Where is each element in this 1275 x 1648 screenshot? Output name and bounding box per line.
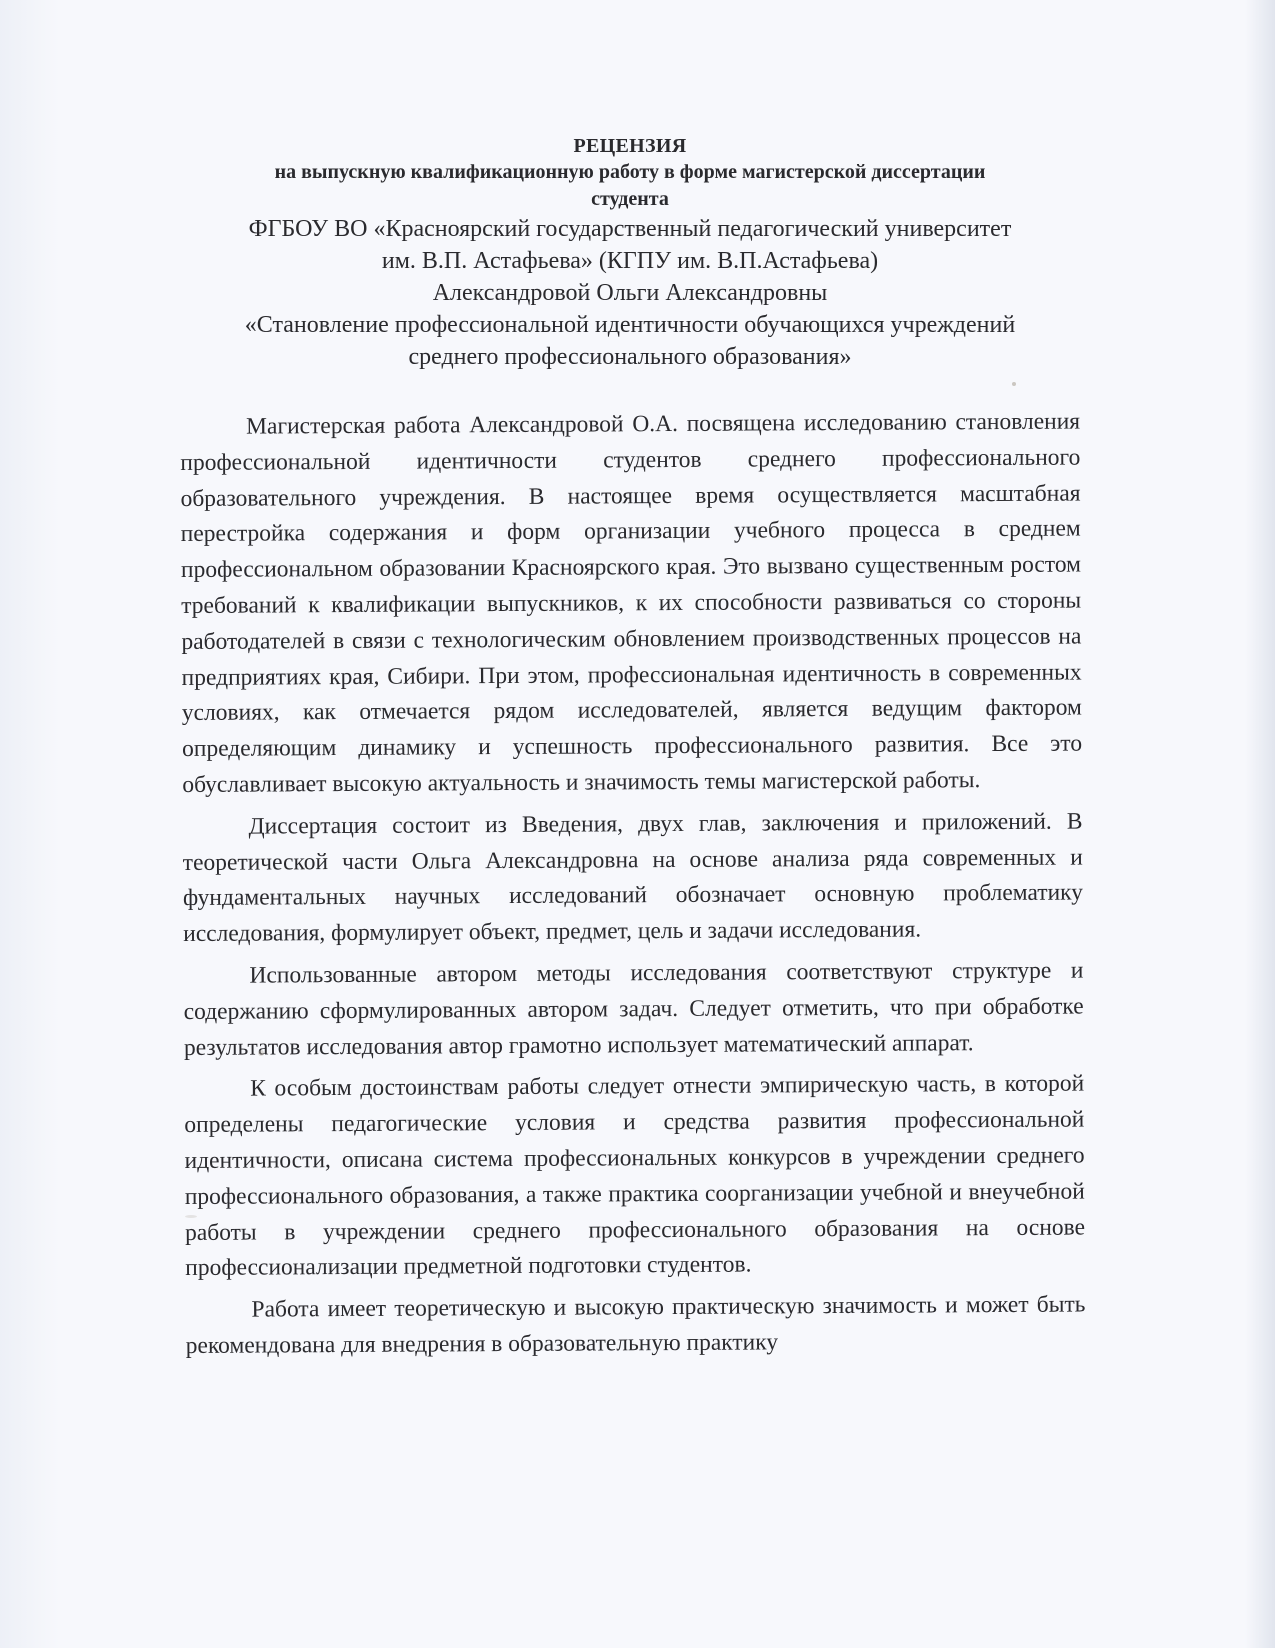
paragraph-merits: К особым достоинствам работы следует отн… — [184, 1067, 1085, 1287]
paragraph-structure: Диссертация состоит из Введения, двух гл… — [182, 804, 1083, 953]
institution-line-1: ФГБОУ ВО «Красноярский государственный п… — [150, 213, 1110, 245]
institution-line-2: им. В.П. Астафьева» (КГПУ им. В.П.Астафь… — [150, 245, 1110, 277]
document-title: РЕЦЕНЗИЯ — [150, 133, 1110, 159]
scanned-page: РЕЦЕНЗИЯ на выпускную квалификационную р… — [0, 0, 1275, 1648]
thesis-title-line-2: среднего профессионального образования» — [150, 341, 1110, 373]
paragraph-relevance: Магистерская работа Александровой О.А. п… — [180, 405, 1082, 804]
review-body: Магистерская работа Александровой О.А. п… — [180, 405, 1086, 1365]
scan-speck — [1012, 382, 1016, 386]
scan-speck — [185, 1215, 197, 1218]
document-subtitle-line-2: студента — [150, 186, 1110, 213]
document-header: РЕЦЕНЗИЯ на выпускную квалификационную р… — [150, 133, 1110, 373]
paragraph-significance: Работа имеет теоретическую и высокую пра… — [185, 1288, 1085, 1365]
thesis-title-line-1: «Становление профессиональной идентичнос… — [150, 309, 1110, 341]
scan-speck — [258, 1050, 264, 1056]
document-subtitle-line-1: на выпускную квалификационную работу в ф… — [150, 159, 1110, 186]
student-name: Александровой Ольги Александровны — [150, 277, 1110, 309]
paragraph-methods: Использованные автором методы исследован… — [183, 953, 1084, 1066]
